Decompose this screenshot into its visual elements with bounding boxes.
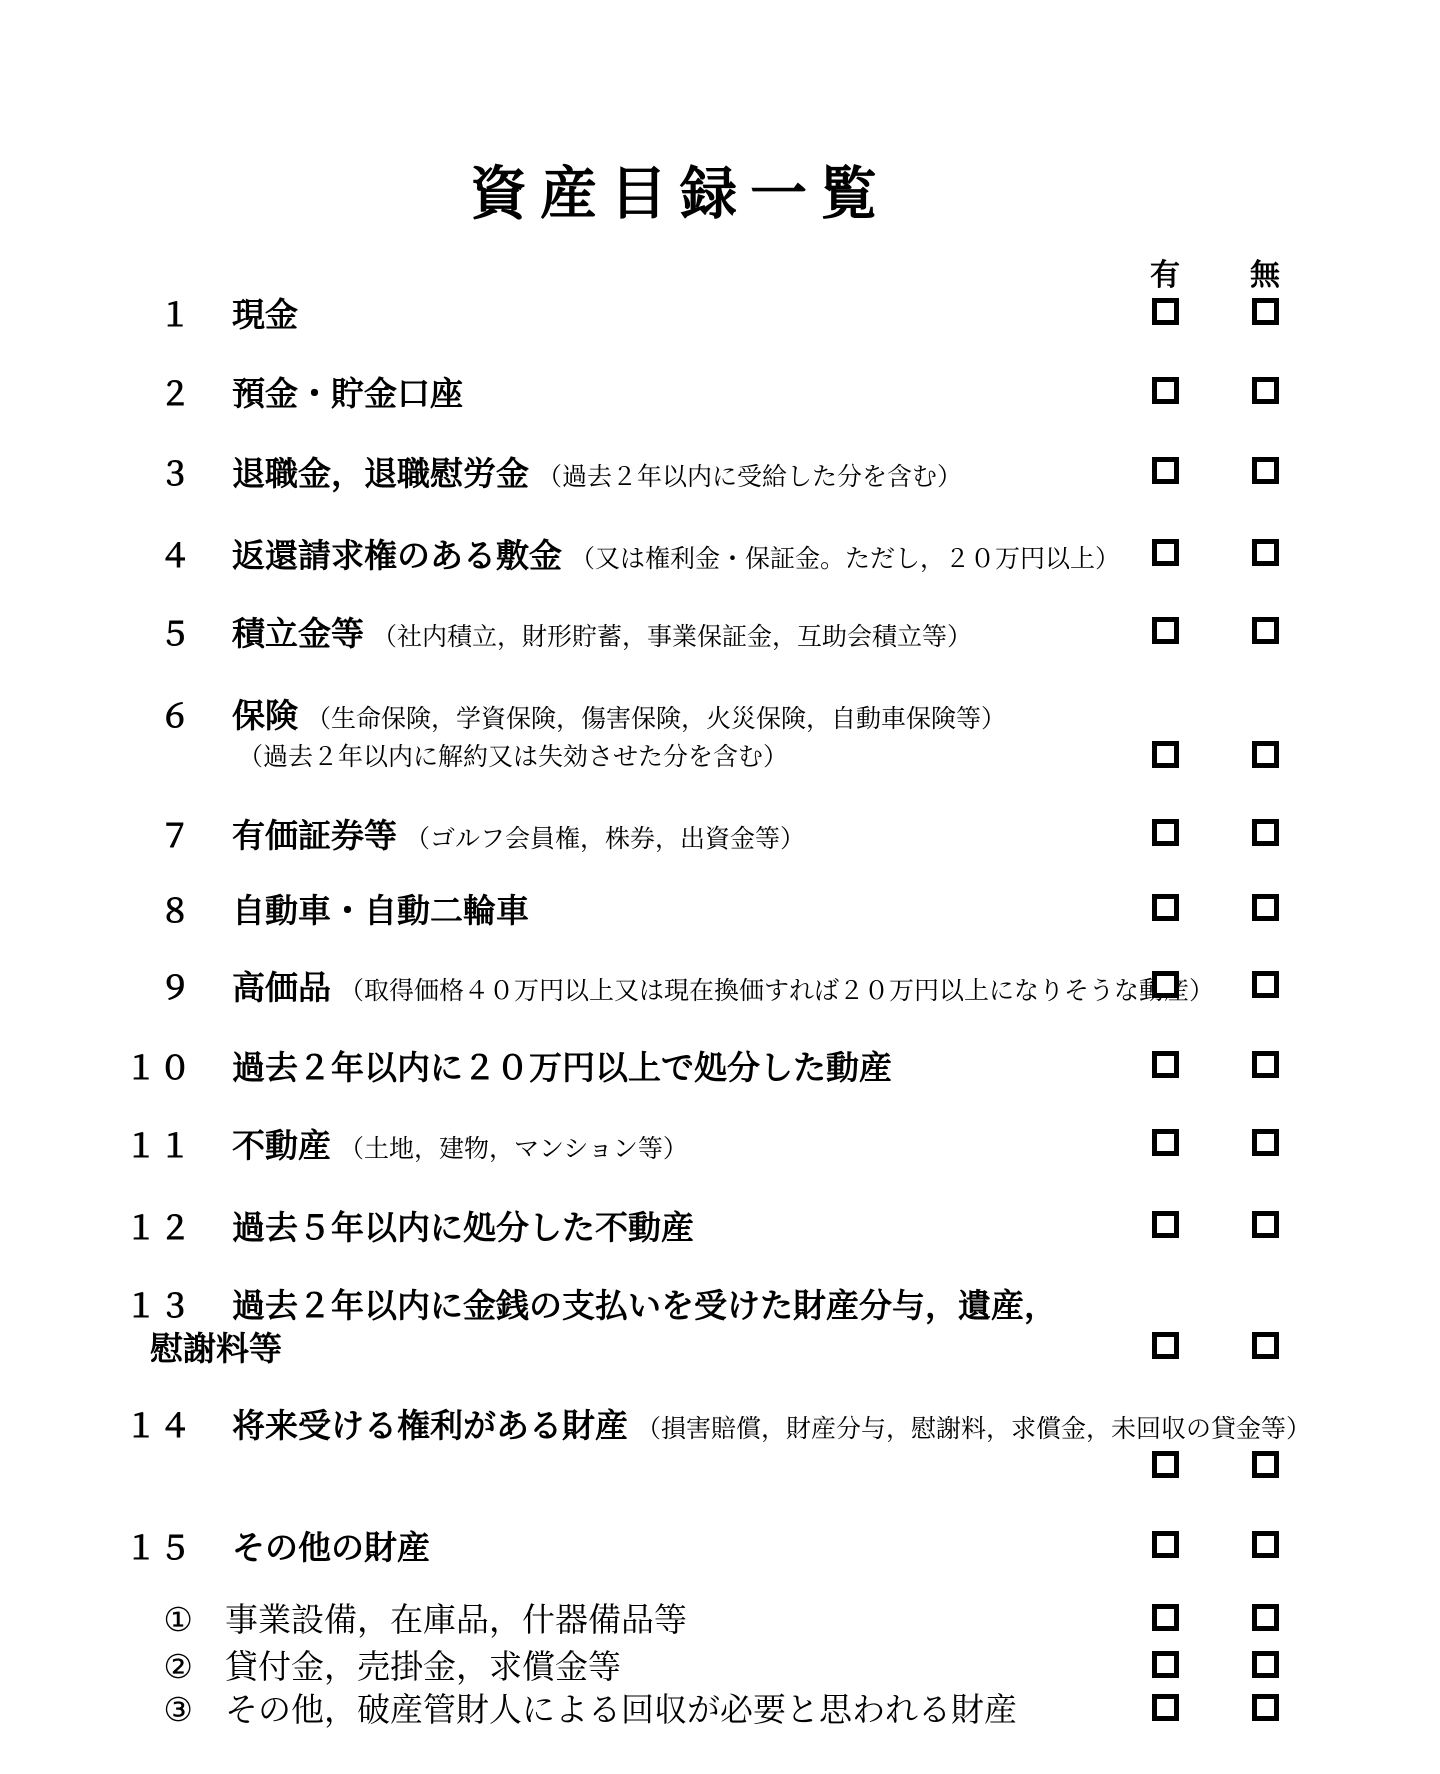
checkbox-has[interactable] — [1152, 539, 1179, 566]
item-row: ２預金・貯金口座 — [0, 375, 1440, 420]
checkbox-none[interactable] — [1252, 1531, 1279, 1558]
checkbox-has[interactable] — [1152, 741, 1179, 768]
checkbox-has[interactable] — [1152, 1129, 1179, 1156]
item-number: ２ — [96, 375, 193, 413]
item-note: （社内積立，財形貯蓄，事業保証金，互助会積立等） — [372, 624, 972, 651]
item-number: ７ — [96, 817, 193, 855]
item-text-line2: （過去２年以内に解約又は失効させた分を含む） — [238, 752, 788, 769]
checkbox-none[interactable] — [1252, 457, 1279, 484]
item-row: ７有価証券等（ゴルフ会員権，株券，出資金等） — [0, 817, 1440, 862]
item-number: ４ — [96, 537, 193, 575]
checkbox-has[interactable] — [1152, 457, 1179, 484]
item-row: １０過去２年以内に２０万円以上で処分した動産 — [0, 1049, 1440, 1094]
item-label: 有価証券等 — [232, 817, 397, 854]
item-row: ４返還請求権のある敷金（又は権利金・保証金。ただし，２０万円以上） — [0, 537, 1440, 582]
item-text: 不動産（土地，建物，マンション等） — [232, 1144, 688, 1161]
item-label: 保険 — [232, 697, 298, 734]
sub-item-row: ②貸付金，売掛金，求償金等 — [0, 1649, 1440, 1693]
item-text: 預金・貯金口座 — [232, 392, 463, 409]
item-note: （土地，建物，マンション等） — [339, 1136, 688, 1163]
checkbox-none[interactable] — [1252, 617, 1279, 644]
checkbox-none[interactable] — [1252, 1051, 1279, 1078]
checkbox-none[interactable] — [1252, 1604, 1279, 1631]
sub-item-row: ①事業設備，在庫品，什器備品等 — [0, 1602, 1440, 1646]
item-number: ② — [96, 1649, 193, 1687]
item-row: ５積立金等（社内積立，財形貯蓄，事業保証金，互助会積立等） — [0, 615, 1440, 660]
item-row-second-line: （過去２年以内に解約又は失効させた分を含む） — [0, 739, 1440, 780]
item-number: １ — [96, 296, 193, 334]
checkbox-none[interactable] — [1252, 539, 1279, 566]
item-note: （損害賠償，財産分与，慰謝料，求償金，未回収の貸金等） — [636, 1416, 1311, 1443]
item-text: 返還請求権のある敷金（又は権利金・保証金。ただし，２０万円以上） — [232, 554, 1120, 571]
item-row: ８自動車・自動二輪車 — [0, 892, 1440, 937]
item-text: 現金 — [232, 313, 298, 330]
item-label: 返還請求権のある敷金 — [232, 537, 562, 574]
item-label: 過去２年以内に２０万円以上で処分した動産 — [232, 1049, 892, 1086]
item-text: 過去５年以内に処分した不動産 — [232, 1226, 694, 1243]
item-number: ８ — [96, 892, 193, 930]
checkbox-none[interactable] — [1252, 1651, 1279, 1678]
item-number: １１ — [96, 1127, 193, 1165]
sub-item-row: ③その他，破産管財人による回収が必要と思われる財産 — [0, 1692, 1440, 1736]
item-number: １５ — [96, 1529, 193, 1567]
item-label: 自動車・自動二輪車 — [232, 892, 529, 929]
checkbox-none[interactable] — [1252, 1129, 1279, 1156]
item-note-line2: （過去２年以内に解約又は失効させた分を含む） — [238, 744, 788, 771]
checkbox-has[interactable] — [1152, 1694, 1179, 1721]
item-label-line2: 慰謝料等 — [150, 1330, 282, 1367]
item-note: （過去２年以内に受給した分を含む） — [537, 464, 962, 491]
item-label: 預金・貯金口座 — [232, 375, 463, 412]
item-label: 過去５年以内に処分した不動産 — [232, 1209, 694, 1246]
item-row: １５その他の財産 — [0, 1529, 1440, 1574]
item-label: 事業設備，在庫品，什器備品等 — [225, 1603, 687, 1639]
item-label: 貸付金，売掛金，求償金等 — [225, 1650, 621, 1686]
checkbox-has[interactable] — [1152, 1451, 1179, 1478]
item-number: ６ — [96, 697, 193, 735]
item-number: １０ — [96, 1049, 193, 1087]
item-text: 貸付金，売掛金，求償金等 — [225, 1665, 621, 1682]
item-row: １１不動産（土地，建物，マンション等） — [0, 1127, 1440, 1172]
item-label: 現金 — [232, 296, 298, 333]
checkbox-has[interactable] — [1152, 1211, 1179, 1238]
item-row: ９高価品（取得価格４０万円以上又は現在換価すれば２０万円以上になりそうな動産） — [0, 969, 1440, 1014]
item-row: ６保険（生命保険，学資保険，傷害保険，火災保険，自動車保険等） — [0, 697, 1440, 742]
checkbox-none[interactable] — [1252, 971, 1279, 998]
column-header-none: 無 — [1239, 250, 1291, 294]
checkbox-has[interactable] — [1152, 819, 1179, 846]
item-note: （取得価格４０万円以上又は現在換価すれば２０万円以上になりそうな動産） — [339, 978, 1214, 1005]
item-text: 将来受ける権利がある財産（損害賠償，財産分与，慰謝料，求償金，未回収の貸金等） — [232, 1424, 1311, 1441]
item-text: 過去２年以内に金銭の支払いを受けた財産分与，遺産， — [232, 1304, 1057, 1321]
item-number: ③ — [96, 1692, 193, 1730]
item-label: 不動産 — [232, 1127, 331, 1164]
item-text: その他の財産 — [232, 1546, 430, 1563]
checkbox-has[interactable] — [1152, 971, 1179, 998]
checkbox-has[interactable] — [1152, 894, 1179, 921]
item-label: 積立金等 — [232, 615, 364, 652]
item-label: その他の財産 — [232, 1529, 430, 1566]
checkbox-none[interactable] — [1252, 741, 1279, 768]
checkbox-none[interactable] — [1252, 377, 1279, 404]
item-number: １４ — [96, 1407, 193, 1445]
item-label: 高価品 — [232, 969, 331, 1006]
asset-inventory-document: 資産目録一覧 有 無 １現金２預金・貯金口座３退職金，退職慰労金（過去２年以内に… — [0, 0, 1440, 1774]
checkbox-none[interactable] — [1252, 819, 1279, 846]
item-text: 過去２年以内に２０万円以上で処分した動産 — [232, 1066, 892, 1083]
item-note: （生命保険，学資保険，傷害保険，火災保険，自動車保険等） — [306, 706, 1006, 733]
item-text: その他，破産管財人による回収が必要と思われる財産 — [225, 1708, 1017, 1725]
checkbox-has[interactable] — [1152, 1531, 1179, 1558]
item-row-second-line: 慰謝料等 — [0, 1330, 1440, 1375]
item-number: ９ — [96, 969, 193, 1007]
item-label: 過去２年以内に金銭の支払いを受けた財産分与，遺産， — [232, 1287, 1057, 1324]
item-number: ① — [96, 1602, 193, 1640]
checkbox-has[interactable] — [1152, 1051, 1179, 1078]
item-number: ５ — [96, 615, 193, 653]
checkbox-none[interactable] — [1252, 1694, 1279, 1721]
item-number: １３ — [96, 1287, 193, 1325]
item-note: （又は権利金・保証金。ただし，２０万円以上） — [570, 546, 1120, 573]
checkbox-none[interactable] — [1252, 1211, 1279, 1238]
item-label: 将来受ける権利がある財産 — [232, 1407, 628, 1444]
item-note: （ゴルフ会員権，株券，出資金等） — [405, 826, 805, 853]
item-text: 保険（生命保険，学資保険，傷害保険，火災保険，自動車保険等） — [232, 714, 1006, 731]
column-header-has: 有 — [1139, 250, 1191, 294]
checkbox-has[interactable] — [1152, 298, 1179, 325]
item-row: １２過去５年以内に処分した不動産 — [0, 1209, 1440, 1254]
item-number: １２ — [96, 1209, 193, 1247]
item-row: １現金 — [0, 296, 1440, 341]
item-row: １４将来受ける権利がある財産（損害賠償，財産分与，慰謝料，求償金，未回収の貸金等… — [0, 1407, 1440, 1452]
checkbox-has[interactable] — [1152, 617, 1179, 644]
checkbox-none[interactable] — [1252, 894, 1279, 921]
checkbox-has[interactable] — [1152, 1651, 1179, 1678]
item-text-line2: 慰謝料等 — [150, 1347, 282, 1364]
checkbox-none[interactable] — [1252, 1332, 1279, 1359]
item-row: ３退職金，退職慰労金（過去２年以内に受給した分を含む） — [0, 455, 1440, 500]
checkbox-has[interactable] — [1152, 1332, 1179, 1359]
item-text: 事業設備，在庫品，什器備品等 — [225, 1618, 687, 1635]
item-label: 退職金，退職慰労金 — [232, 455, 529, 492]
checkbox-none[interactable] — [1252, 298, 1279, 325]
document-title: 資産目録一覧 — [0, 148, 1360, 230]
item-number: ３ — [96, 455, 193, 493]
item-text: 自動車・自動二輪車 — [232, 909, 529, 926]
item-text: 積立金等（社内積立，財形貯蓄，事業保証金，互助会積立等） — [232, 632, 972, 649]
item-row: １３過去２年以内に金銭の支払いを受けた財産分与，遺産， — [0, 1287, 1440, 1332]
item-text: 有価証券等（ゴルフ会員権，株券，出資金等） — [232, 834, 805, 851]
checkbox-none[interactable] — [1252, 1451, 1279, 1478]
item-text: 退職金，退職慰労金（過去２年以内に受給した分を含む） — [232, 472, 962, 489]
item-label: その他，破産管財人による回収が必要と思われる財産 — [225, 1693, 1017, 1729]
checkbox-has[interactable] — [1152, 1604, 1179, 1631]
checkbox-has[interactable] — [1152, 377, 1179, 404]
item-text: 高価品（取得価格４０万円以上又は現在換価すれば２０万円以上になりそうな動産） — [232, 986, 1214, 1003]
